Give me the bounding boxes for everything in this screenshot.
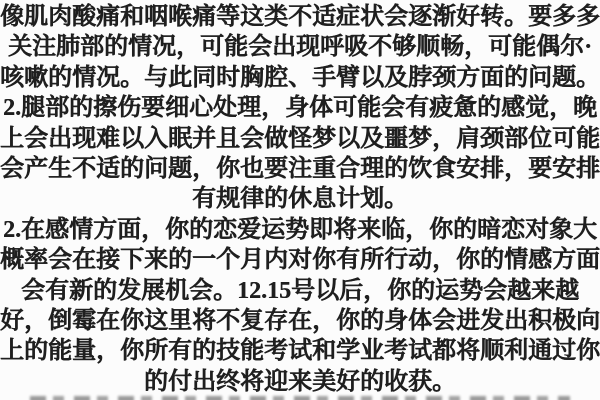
text-line: 像肌肉酸痛和咽喉痛等这类不适症状会逐渐好转。要多多 (0, 2, 600, 32)
document-page: 像肌肉酸痛和咽喉痛等这类不适症状会逐渐好转。要多多关注肺部的情况，可能会出现呼吸… (0, 0, 600, 400)
clipped-text-line (30, 396, 570, 400)
paragraph-text: 像肌肉酸痛和咽喉痛等这类不适症状会逐渐好转。要多多关注肺部的情况，可能会出现呼吸… (0, 0, 600, 397)
text-line: 好，倒霉在你这里将不复存在，你的身体会进发出积极向 (0, 306, 600, 336)
text-line: 有规律的休息计划。 (0, 184, 600, 214)
text-line: 关注肺部的情况，可能会出现呼吸不够顺畅，可能偶尔· (0, 32, 600, 62)
text-line: 咳嗽的情况。与此同时胸腔、手臂以及脖颈方面的问题。 (0, 63, 600, 93)
text-line: 上的能量，你所有的技能考试和学业考试都将顺利通过你 (0, 336, 600, 366)
text-line: 上会出现难以入眠并且会做怪梦以及噩梦，肩颈部位可能 (0, 124, 600, 154)
text-line: 2.在感情方面，你的恋爱运势即将来临，你的暗恋对象大 (0, 215, 600, 245)
text-line: 会产生不适的问题，你也要注重合理的饮食安排，要安排 (0, 154, 600, 184)
text-line: 2.腿部的擦伤要细心处理，身体可能会有疲惫的感觉，晚 (0, 93, 600, 123)
text-line: 概率会在接下来的一个月内对你有所行动，你的情感方面 (0, 245, 600, 275)
text-line: 会有新的发展机会。12.15号以后，你的运势会越来越 (0, 276, 600, 306)
text-line: 的付出终将迎来美好的收获。 (0, 367, 600, 397)
